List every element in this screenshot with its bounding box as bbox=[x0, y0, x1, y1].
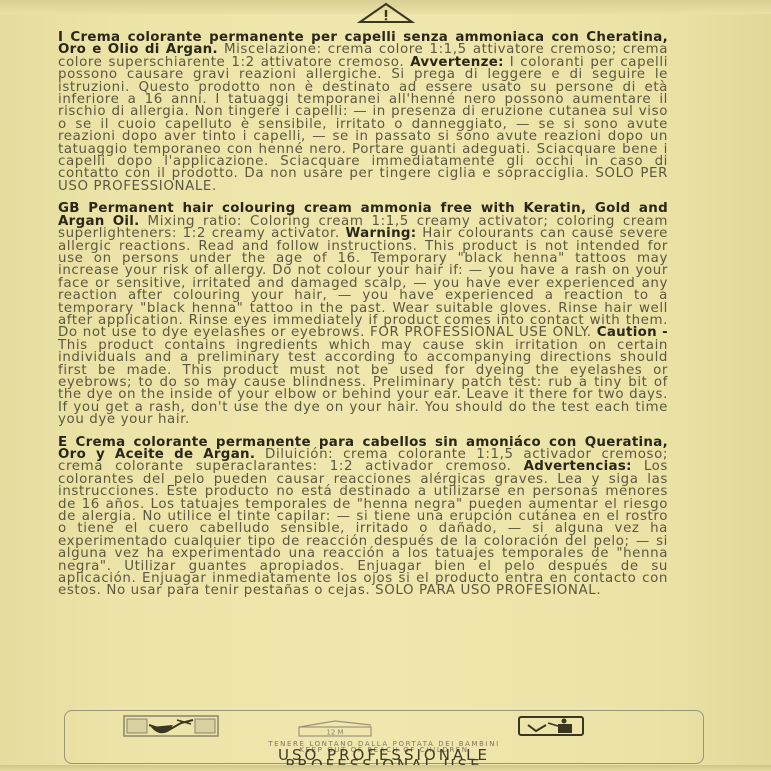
section-english: GB Permanent hair colouring cream ammoni… bbox=[58, 203, 668, 426]
package-bottom-edge bbox=[0, 765, 771, 771]
section-spanish: E Crema colorante permanente para cabell… bbox=[58, 437, 668, 598]
hand-in-box-icon bbox=[123, 715, 219, 737]
warning-text: Hair colourants can cause severe allergi… bbox=[58, 226, 668, 340]
footer-panel: 12 M TENERE LONTANO DALLA PORTATA DEI BA… bbox=[64, 710, 704, 764]
svg-text:12 M: 12 M bbox=[326, 729, 343, 737]
caution-text: This product contains ingredients which … bbox=[58, 338, 668, 427]
recycle-bin-person-icon bbox=[518, 716, 584, 736]
12m-open-jar-icon: 12 M bbox=[295, 717, 375, 737]
warning-text: I coloranti per capelli possono causare … bbox=[58, 55, 668, 194]
section-italian: I Crema colorante permanente per capelli… bbox=[58, 32, 668, 193]
warning-triangle-icon bbox=[356, 2, 416, 24]
instructions-text: I Crema colorante permanente per capelli… bbox=[58, 32, 668, 608]
warning-text: Los colorantes del pelo pueden causar re… bbox=[58, 459, 668, 598]
